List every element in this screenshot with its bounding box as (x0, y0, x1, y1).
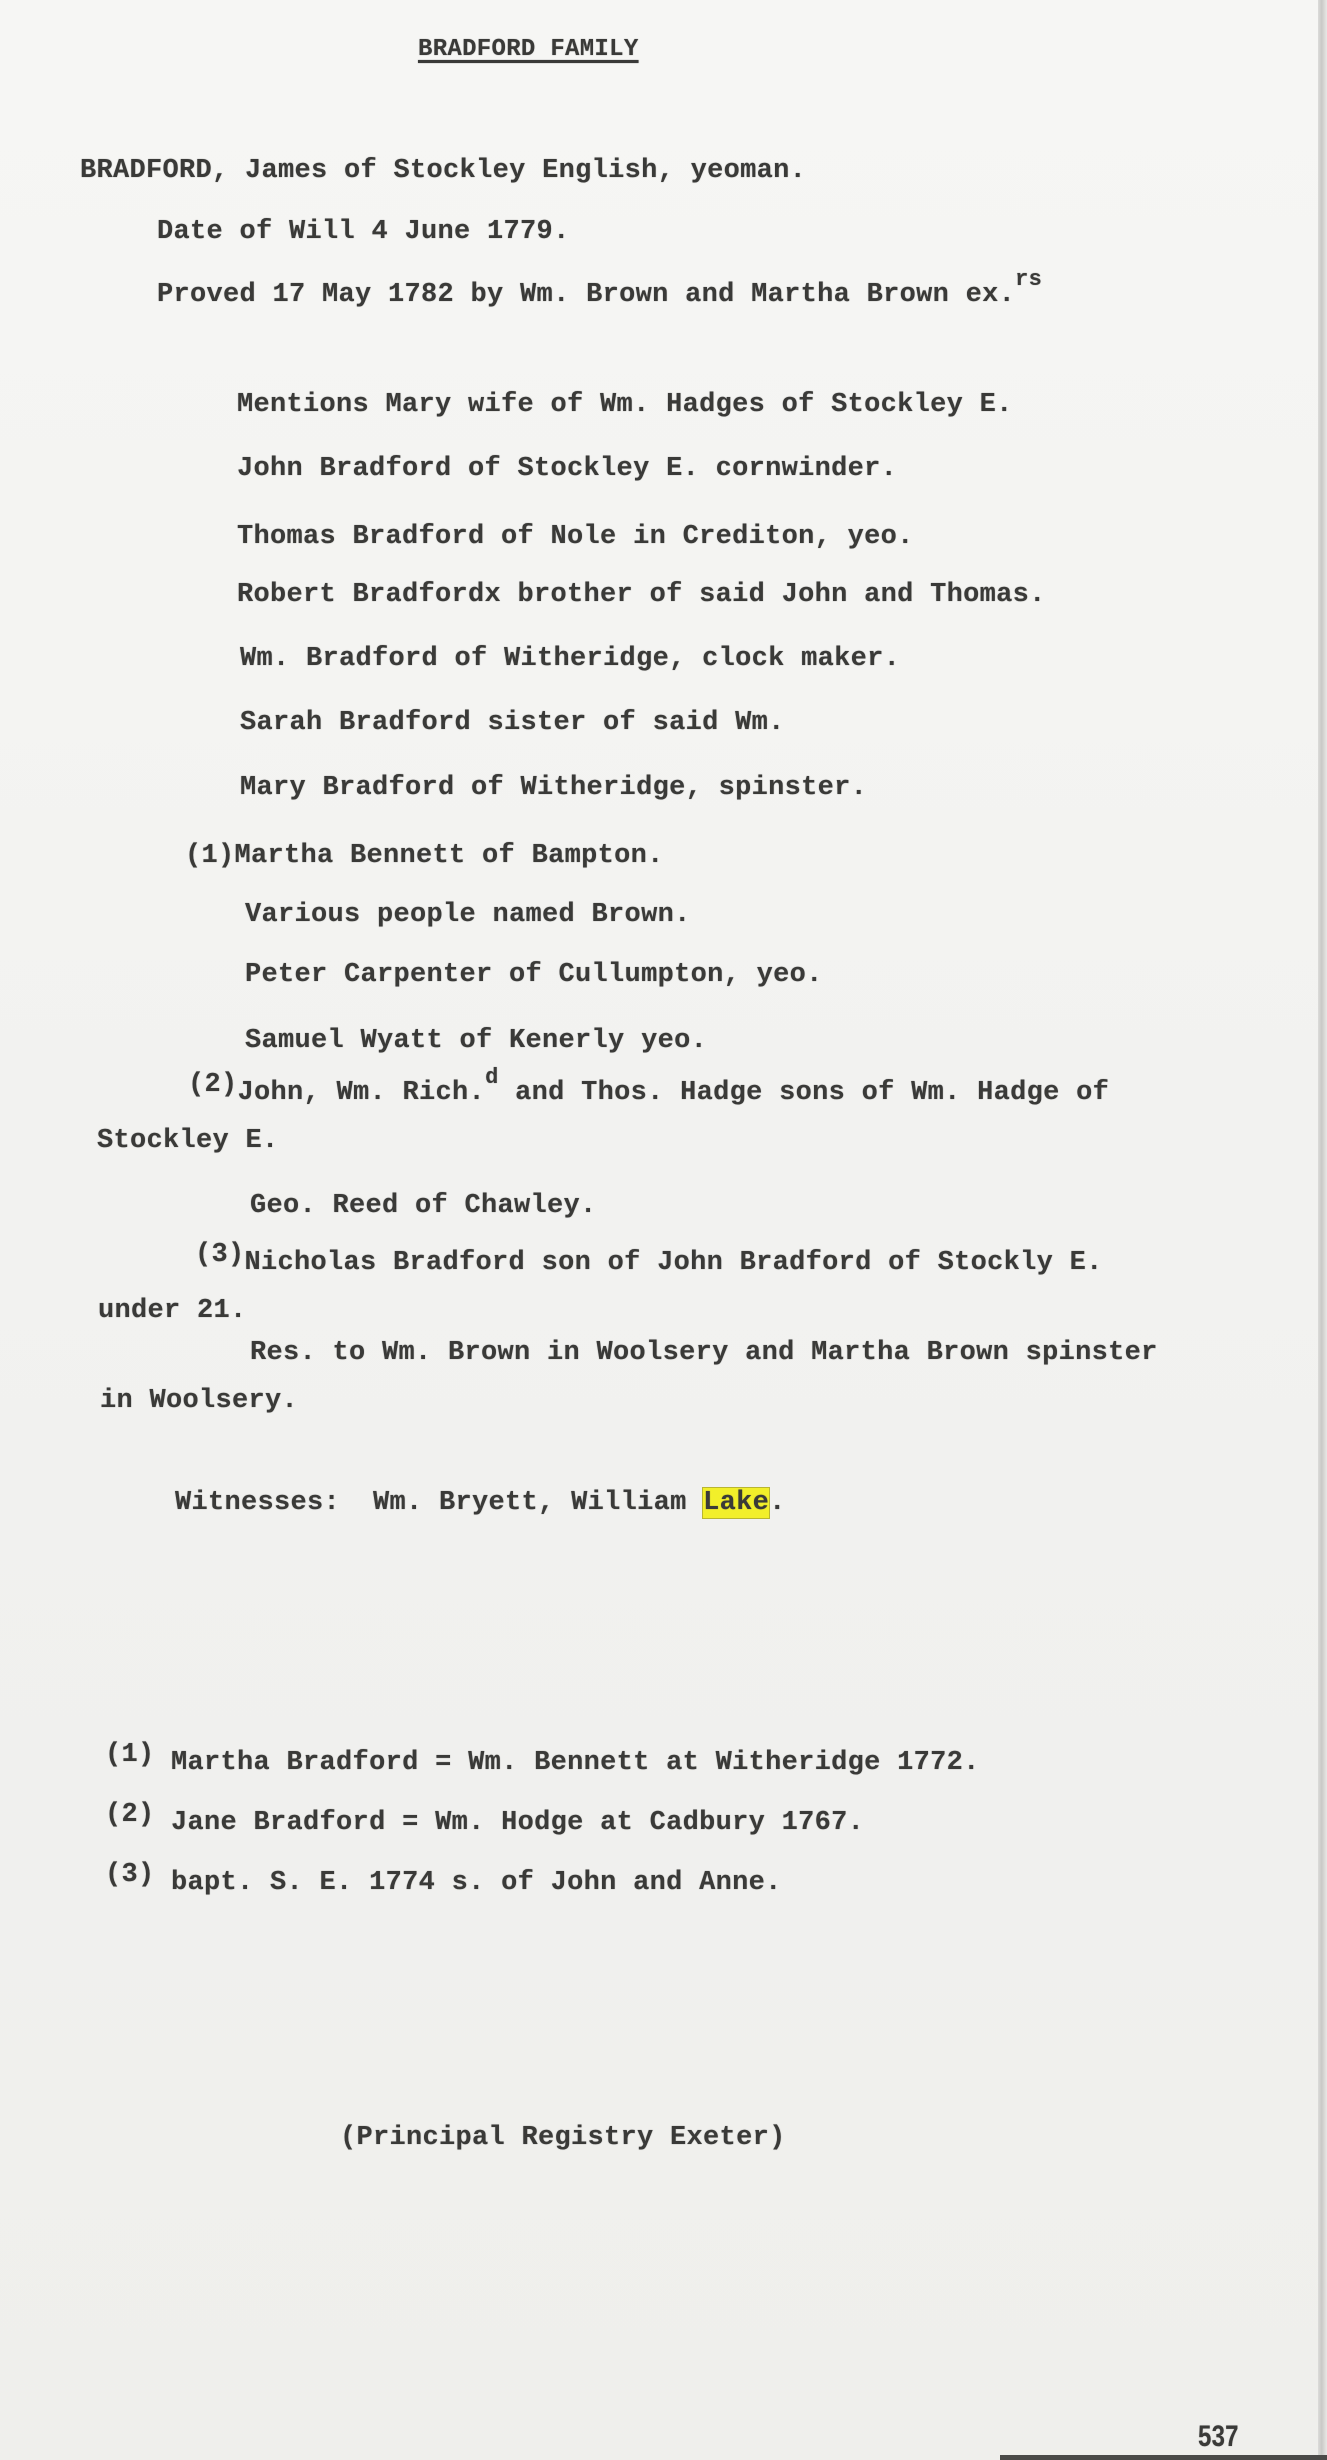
residue-continuation: in Woolsery. (100, 1388, 298, 1415)
document-page: BRADFORD FAMILY BRADFORD, James of Stock… (0, 0, 1318, 2460)
footnote-marker: (2) (105, 1800, 155, 1830)
mention-item: Samuel Wyatt of Kenerly yeo. (245, 1028, 707, 1055)
page-number: 537 (1198, 2422, 1239, 2452)
date-of-will: Date of Will 4 June 1779. (157, 219, 570, 246)
residue-line: Res. to Wm. Brown in Woolsery and Martha… (250, 1340, 1158, 1367)
proved-superscript: rs (1015, 267, 1042, 292)
mention-item: Peter Carpenter of Cullumpton, yeo. (245, 962, 823, 989)
hadge-line: (2)John, Wm. Rich.d and Thos. Hadge sons… (188, 1080, 1109, 1107)
will-heading: BRADFORD, James of Stockley English, yeo… (80, 158, 806, 185)
page-edge (1318, 0, 1327, 2460)
nicholas-line: (3)Nicholas Bradford son of John Bradfor… (195, 1250, 1103, 1277)
footnote-marker: (3) (105, 1860, 155, 1890)
footnote-2: (2) Jane Bradford = Wm. Hodge at Cadbury… (105, 1810, 864, 1837)
mention-item: John Bradford of Stockley E. cornwinder. (237, 456, 897, 483)
footnote-marker: (2) (188, 1070, 238, 1100)
mention-item: Wm. Bradford of Witheridge, clock maker. (240, 646, 900, 673)
proved-text: Proved 17 May 1782 by Wm. Brown and Mart… (157, 280, 1015, 310)
nicholas-continuation: under 21. (98, 1298, 247, 1325)
mention-item-footnoted: (1)Martha Bennett of Bampton. (185, 843, 664, 870)
mention-item: Mentions Mary wife of Wm. Hadges of Stoc… (237, 392, 1013, 419)
footnote-1: (1) Martha Bradford = Wm. Bennett at Wit… (105, 1750, 980, 1777)
source-registry: (Principal Registry Exeter) (340, 2125, 786, 2152)
reed-line: Geo. Reed of Chawley. (250, 1193, 597, 1220)
document-title: BRADFORD FAMILY (418, 38, 639, 62)
highlighted-name: Lake (703, 1488, 769, 1518)
mention-item: Various people named Brown. (245, 902, 691, 929)
mention-item: Sarah Bradford sister of said Wm. (240, 710, 785, 737)
proved-line: Proved 17 May 1782 by Wm. Brown and Mart… (157, 282, 1042, 309)
footnote-marker: (3) (195, 1240, 245, 1270)
footnote-3: (3) bapt. S. E. 1774 s. of John and Anne… (105, 1870, 782, 1897)
mention-item: Mary Bradford of Witheridge, spinster. (240, 775, 867, 802)
footnote-marker: (1) (105, 1740, 155, 1770)
footnote-marker: (1) (185, 841, 235, 871)
hadge-continuation: Stockley E. (97, 1128, 279, 1155)
hadge-superscript: d (485, 1065, 499, 1090)
mention-item: Robert Bradfordx brother of said John an… (237, 582, 1046, 609)
mention-item: Thomas Bradford of Nole in Crediton, yeo… (237, 524, 914, 551)
witnesses-line: Witnesses: Wm. Bryett, William Lake. (175, 1490, 786, 1517)
scan-border (1000, 2455, 1327, 2460)
